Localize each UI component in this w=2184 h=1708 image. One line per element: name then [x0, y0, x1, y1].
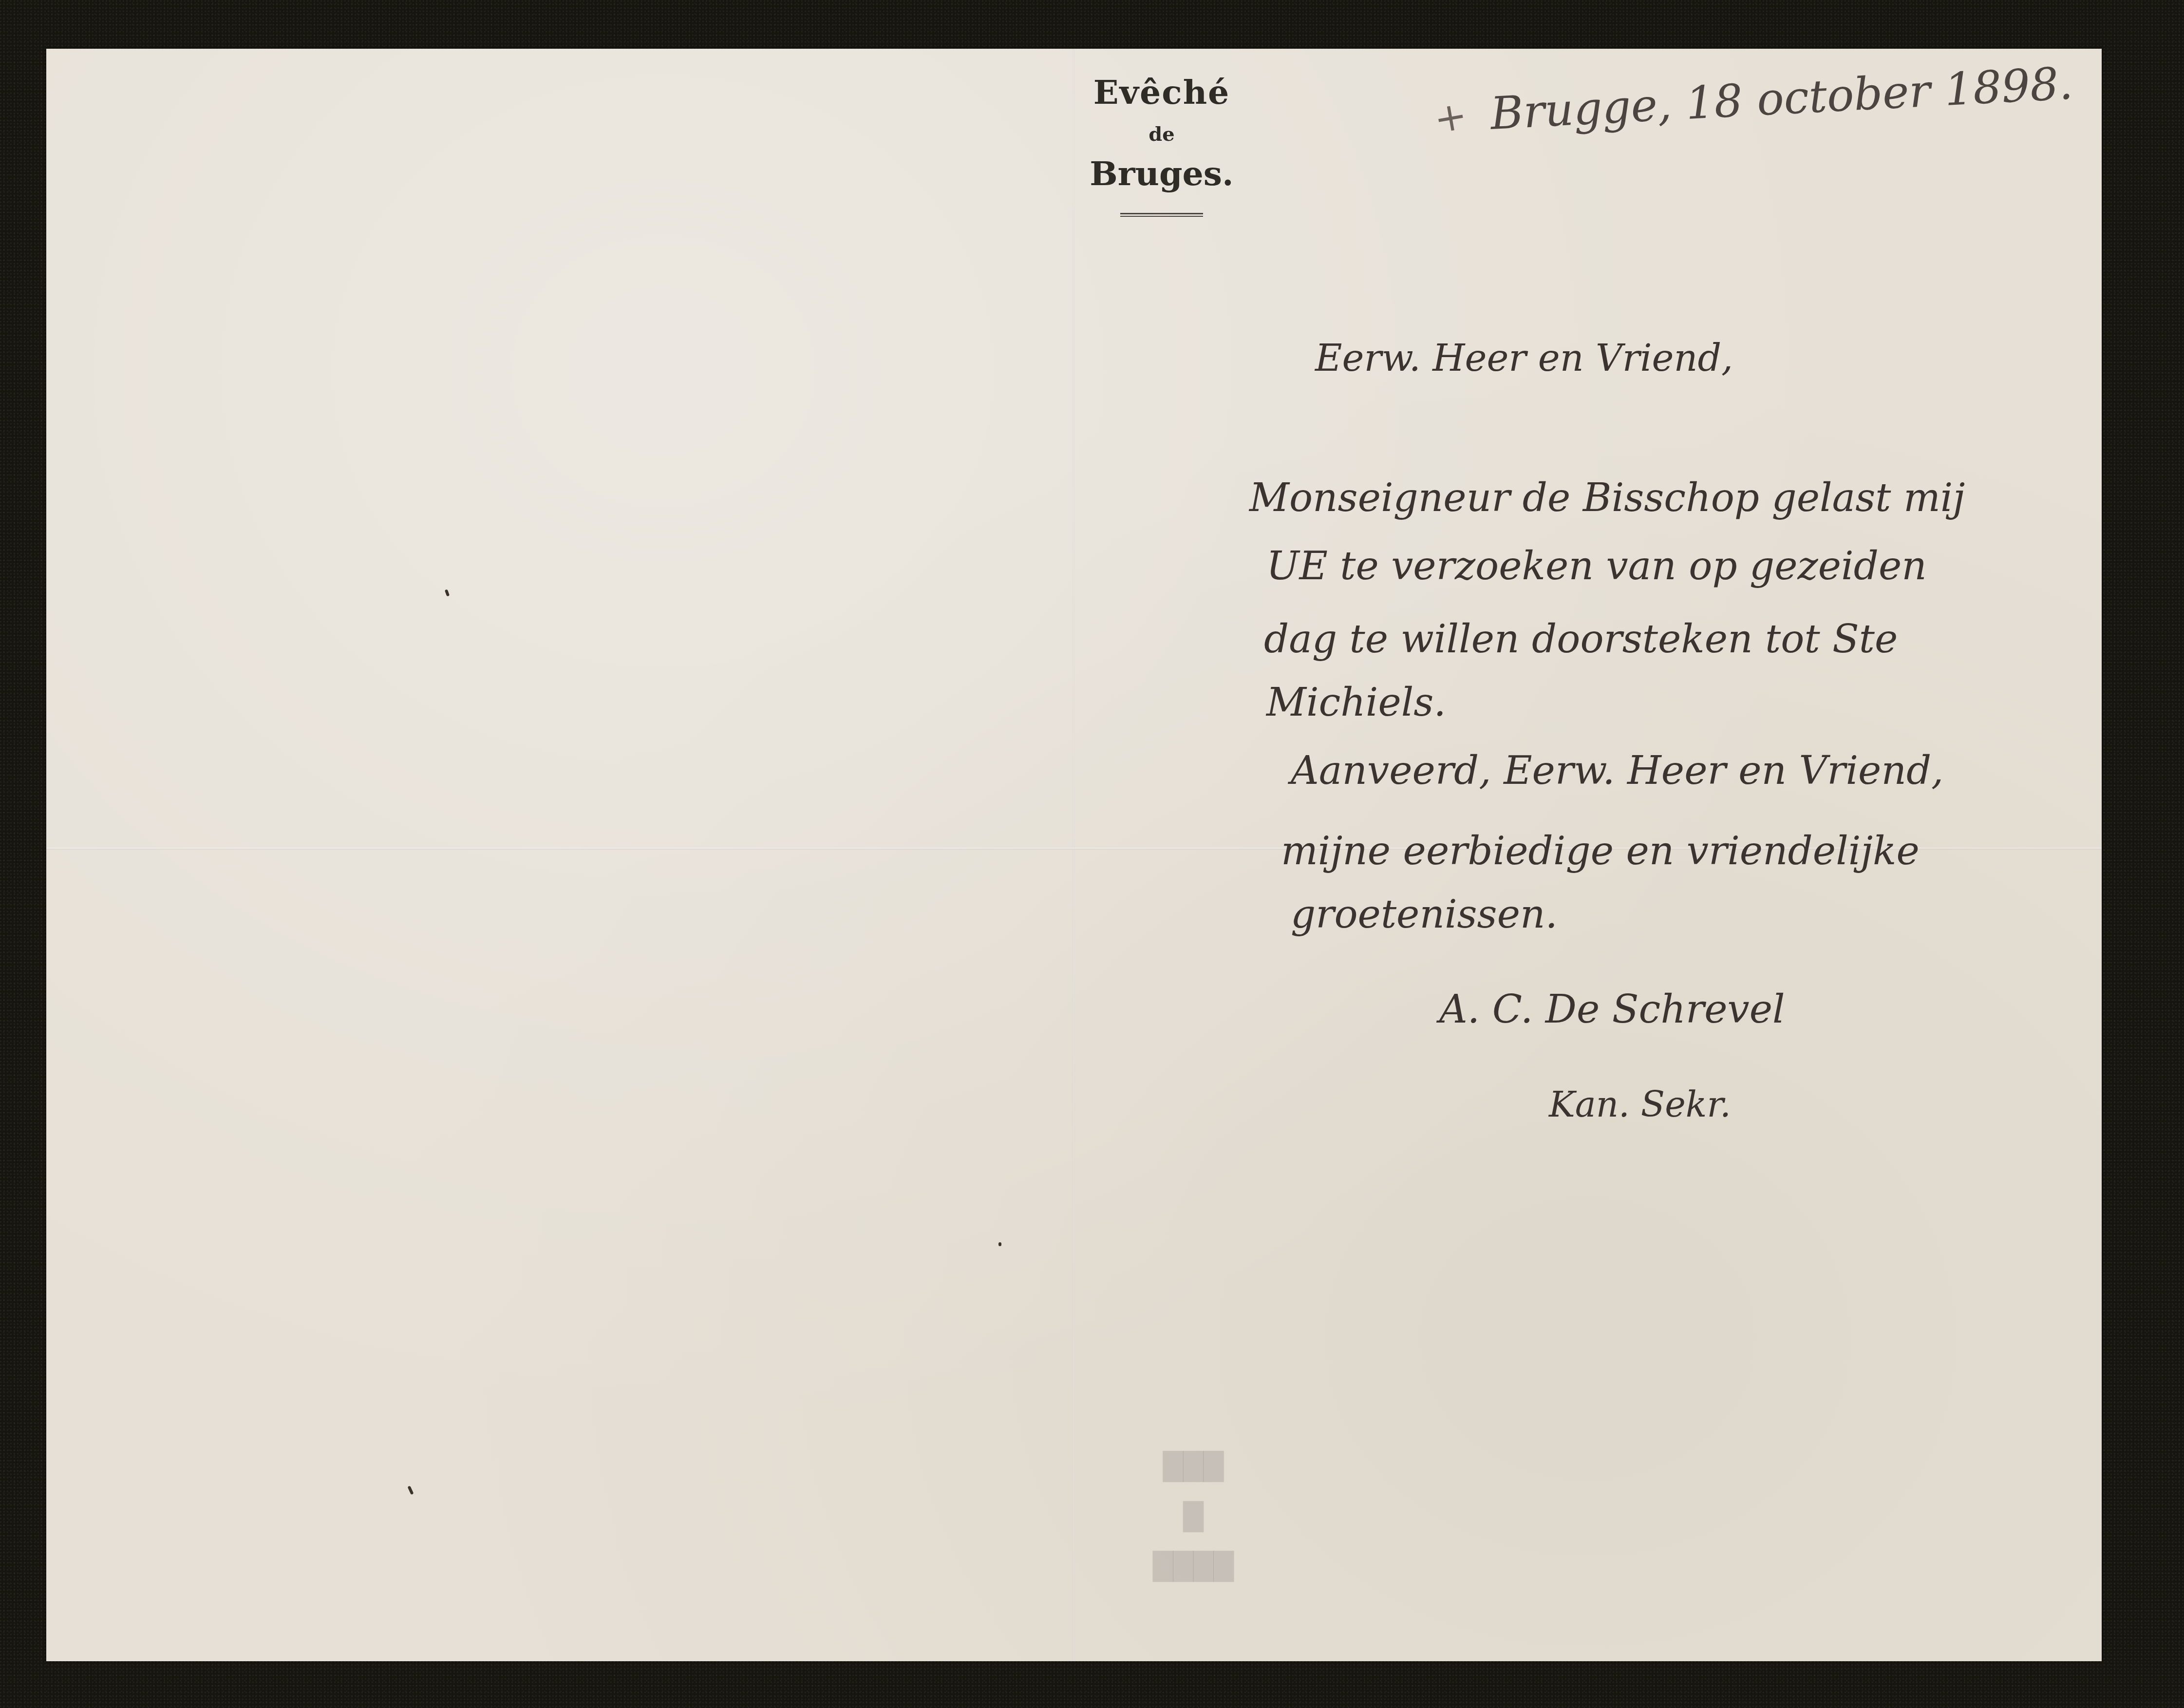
stamp-fragment: ████	[1130, 1542, 1257, 1592]
body-line: groetenissen.	[1291, 892, 1558, 937]
letterhead-rule	[1120, 213, 1203, 217]
left-page-blank	[46, 49, 1074, 1661]
body-line: Michiels.	[1266, 680, 1446, 725]
paper-speck	[998, 1242, 1001, 1246]
body-line: Monseigneur de Bisschop gelast mij	[1249, 475, 1965, 520]
letterhead: Evêché de Bruges.	[1064, 73, 1259, 217]
body-line: mijne eerbiedige en vriendelijke	[1281, 828, 1920, 873]
faint-blind-stamp: ███ █ ████	[1130, 1442, 1257, 1598]
signature: A. C. De Schrevel	[1439, 987, 1785, 1032]
body-line: Aanveerd, Eerw. Heer en Vriend,	[1291, 748, 1944, 793]
letterhead-evече: Evêché	[1064, 73, 1259, 112]
vertical-fold-crease	[1073, 49, 1074, 1661]
salutation: Eerw. Heer en Vriend,	[1315, 336, 1733, 380]
stamp-fragment: █	[1130, 1492, 1257, 1542]
stamp-fragment: ███	[1130, 1442, 1257, 1492]
letterhead-de: de	[1064, 123, 1259, 146]
body-line: dag te willen doorsteken tot Ste	[1264, 616, 1898, 662]
body-line: UE te verzoeken van op gezeiden	[1266, 543, 1927, 588]
signature-title: Kan. Sekr.	[1549, 1084, 1731, 1125]
letterhead-bruges: Bruges.	[1064, 154, 1259, 193]
